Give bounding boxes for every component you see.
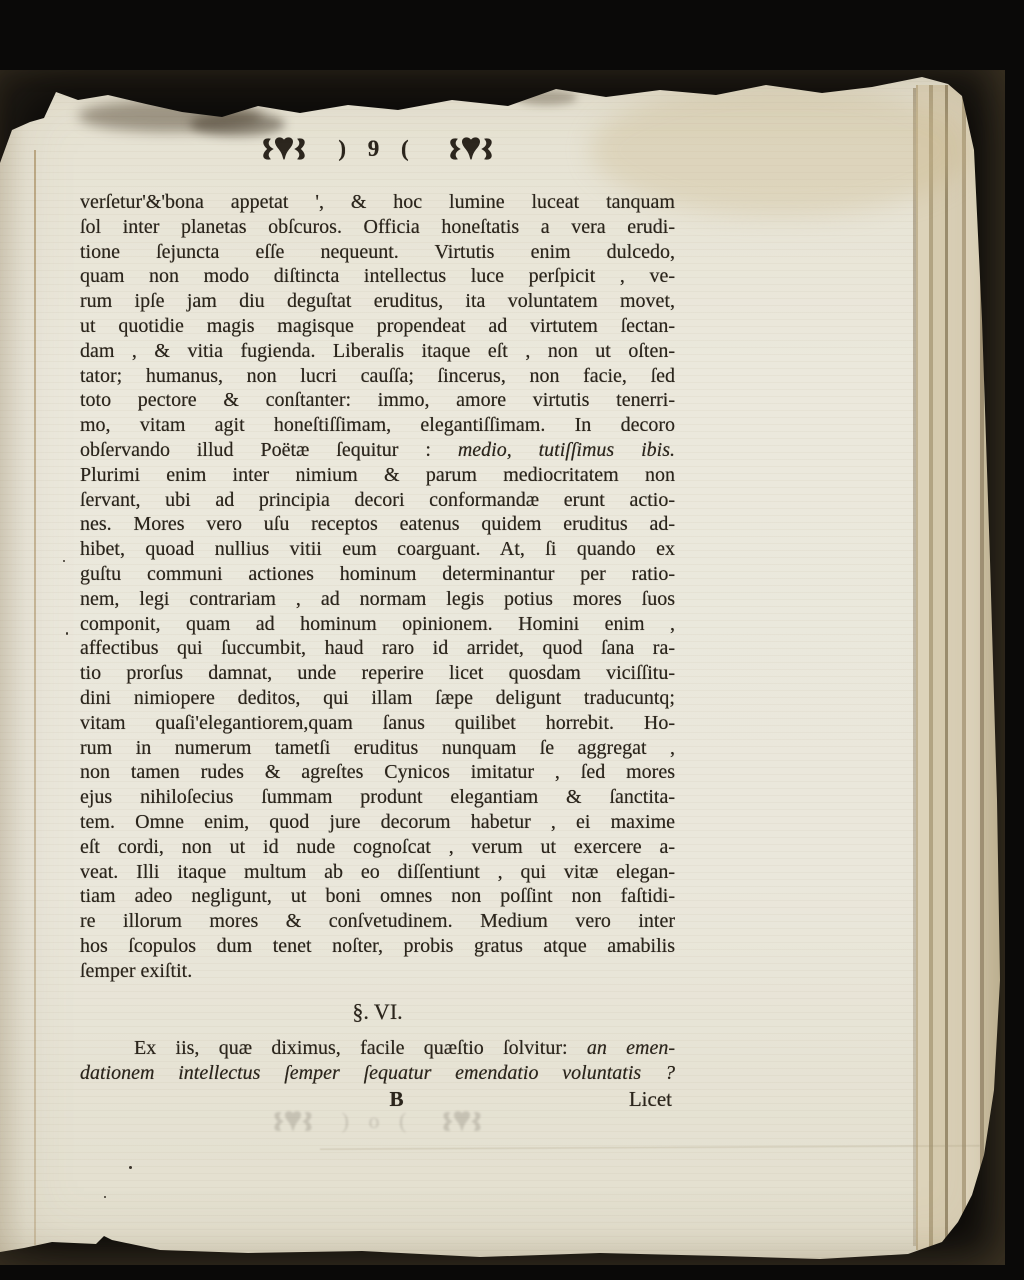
text-segment: tiam adeo negligunt, ut boni omnes non p… (80, 885, 675, 907)
ghost-page-number: ) o ( (342, 1108, 414, 1134)
text-line: rum ipſe jam diu deguſtat eruditus, ita … (80, 289, 675, 314)
text-line: nes. Mores vero uſu receptos eatenus qui… (80, 512, 675, 537)
question-paragraph: Ex iis, quæ diximus, facile quæſtio ſolv… (80, 1036, 675, 1086)
running-head: ) 9 ( (80, 131, 675, 167)
text-line: veat. Illi itaque multum ab eo diſſentiu… (80, 860, 675, 885)
text-segment: rum in numerum tametſi eruditus nunquam … (80, 737, 675, 759)
page-number: ) 9 ( (338, 136, 416, 162)
text-segment: guſtu communi actiones hominum determina… (80, 563, 675, 585)
text-line: Ex iis, quæ diximus, facile quæſtio ſolv… (80, 1036, 675, 1061)
text-line: tator; humanus, non lucri cauſſa; ſincer… (80, 364, 675, 389)
text-line: ejus nihiloſecius ſummam produnt elegant… (80, 785, 675, 810)
text-line: non tamen rudes & agreſtes Cynicos imita… (80, 760, 675, 785)
text-line: quam non modo diſtincta intellectus luce… (80, 264, 675, 289)
text-segment: Ex iis, quæ diximus, facile quæſtio ſolv… (134, 1037, 587, 1059)
text-segment: non tamen rudes & agreſtes Cynicos imita… (80, 761, 675, 783)
text-line: componit, quam ad hominum opinionem. Hom… (80, 612, 675, 637)
ink-speck (66, 632, 68, 635)
text-segment: mo, vitam agit honeſtiſſimam, elegantiſſ… (80, 414, 675, 436)
section-heading: §. VI. (80, 999, 675, 1027)
scanned-book-page: ) 9 ( verſetur'&'bona appetat ', & hoc l… (0, 0, 1024, 1280)
text-segment: dam , & vitia fugienda. Liberalis itaque… (80, 340, 675, 362)
text-segment: hibet, quoad nullius vitii eum coarguant… (80, 538, 675, 560)
text-line: ſemper exiſtit. (80, 959, 675, 984)
text-line: dini nimiopere deditos, qui illam ſæpe d… (80, 686, 675, 711)
left-fleuron-ornament-icon (256, 135, 312, 163)
text-segment: medio, tutiſſimus ibis. (458, 439, 675, 461)
text-segment: tio prorſus damnat, unde reperire licet … (80, 662, 675, 684)
text-segment: nes. Mores vero uſu receptos eatenus qui… (80, 513, 675, 535)
text-segment: eſt cordi, non ut id nude cognoſcat , ve… (80, 836, 675, 858)
text-line: mo, vitam agit honeſtiſſimam, elegantiſſ… (80, 413, 675, 438)
text-segment: ſol inter planetas obſcuros. Officia hon… (80, 216, 675, 238)
text-segment: nem, legi contrariam , ad normam legis p… (80, 588, 675, 610)
ghost-fleuron-icon (437, 1109, 487, 1134)
text-segment: rum ipſe jam diu deguſtat eruditus, ita … (80, 290, 675, 312)
text-segment: toto pectore & conſtanter: immo, amore v… (80, 389, 675, 411)
text-segment: Plurimi enim inter nimium & parum medioc… (80, 464, 675, 486)
text-segment: vitam quaſi'elegantiorem,quam ſanus quil… (80, 712, 675, 734)
text-line: vitam quaſi'elegantiorem,quam ſanus quil… (80, 711, 675, 736)
text-line: toto pectore & conſtanter: immo, amore v… (80, 388, 675, 413)
text-segment: quam non modo diſtincta intellectus luce… (80, 265, 675, 287)
page-edge-stack (916, 85, 1004, 1250)
text-segment: affectibus qui ſuccumbit, haud raro id a… (80, 637, 675, 659)
verso-showthrough: ) o ( (80, 1104, 675, 1138)
gutter-fold-line (34, 150, 36, 1245)
text-segment: ſervant, ubi ad principia decori conform… (80, 489, 675, 511)
text-line: nem, legi contrariam , ad normam legis p… (80, 587, 675, 612)
text-segment: dationem intellectus ſemper ſequatur eme… (80, 1062, 675, 1084)
text-line: ſol inter planetas obſcuros. Officia hon… (80, 215, 675, 240)
text-segment: verſetur'&'bona appetat ', & hoc lumine … (80, 191, 675, 213)
ink-speck (63, 560, 65, 562)
text-line: guſtu communi actiones hominum determina… (80, 562, 675, 587)
text-segment: dini nimiopere deditos, qui illam ſæpe d… (80, 687, 675, 709)
page-edge-boundary (913, 88, 916, 1246)
text-line: ſervant, ubi ad principia decori conform… (80, 488, 675, 513)
body-paragraph: verſetur'&'bona appetat ', & hoc lumine … (80, 190, 675, 984)
text-line: hos ſcopulos dum tenet noſter, probis gr… (80, 934, 675, 959)
text-line: eſt cordi, non ut id nude cognoſcat , ve… (80, 835, 675, 860)
ghost-fleuron-icon (268, 1109, 318, 1134)
text-line: tione ſejuncta eſſe nequeunt. Virtutis e… (80, 240, 675, 265)
text-segment: ejus nihiloſecius ſummam produnt elegant… (80, 786, 675, 808)
text-segment: ſemper exiſtit. (80, 960, 192, 982)
text-line: obſervando illud Poëtæ ſequitur : medio,… (80, 438, 675, 463)
text-segment: re illorum mores & conſvetudinem. Medium… (80, 910, 675, 932)
text-column: verſetur'&'bona appetat ', & hoc lumine … (80, 190, 675, 1115)
text-line: rum in numerum tametſi eruditus nunquam … (80, 736, 675, 761)
text-line: tiam adeo negligunt, ut boni omnes non p… (80, 884, 675, 909)
text-line: tio prorſus damnat, unde reperire licet … (80, 661, 675, 686)
text-segment: tator; humanus, non lucri cauſſa; ſincer… (80, 365, 675, 387)
ink-speck (129, 1166, 132, 1169)
text-line: tem. Omne enim, quod jure decorum habetu… (80, 810, 675, 835)
text-line: ut quotidie magis magisque propendeat ad… (80, 314, 675, 339)
text-segment: veat. Illi itaque multum ab eo diſſentiu… (80, 861, 675, 883)
text-line: affectibus qui ſuccumbit, haud raro id a… (80, 636, 675, 661)
right-fleuron-ornament-icon (443, 135, 499, 163)
text-line: hibet, quoad nullius vitii eum coarguant… (80, 537, 675, 562)
text-segment: componit, quam ad hominum opinionem. Hom… (80, 613, 675, 635)
ink-speck (104, 1196, 106, 1198)
text-segment: obſervando illud Poëtæ ſequitur : (80, 439, 458, 461)
gutter-fold-shade (0, 110, 35, 1255)
text-segment: hos ſcopulos dum tenet noſter, probis gr… (80, 935, 675, 957)
text-line: re illorum mores & conſvetudinem. Medium… (80, 909, 675, 934)
text-segment: tione ſejuncta eſſe nequeunt. Virtutis e… (80, 241, 675, 263)
text-segment: an emen- (587, 1037, 675, 1059)
text-line: verſetur'&'bona appetat ', & hoc lumine … (80, 190, 675, 215)
text-line: dationem intellectus ſemper ſequatur eme… (80, 1061, 675, 1086)
text-line: dam , & vitia fugienda. Liberalis itaque… (80, 339, 675, 364)
text-line: Plurimi enim inter nimium & parum medioc… (80, 463, 675, 488)
text-segment: tem. Omne enim, quod jure decorum habetu… (80, 811, 675, 833)
text-segment: ut quotidie magis magisque propendeat ad… (80, 315, 675, 337)
